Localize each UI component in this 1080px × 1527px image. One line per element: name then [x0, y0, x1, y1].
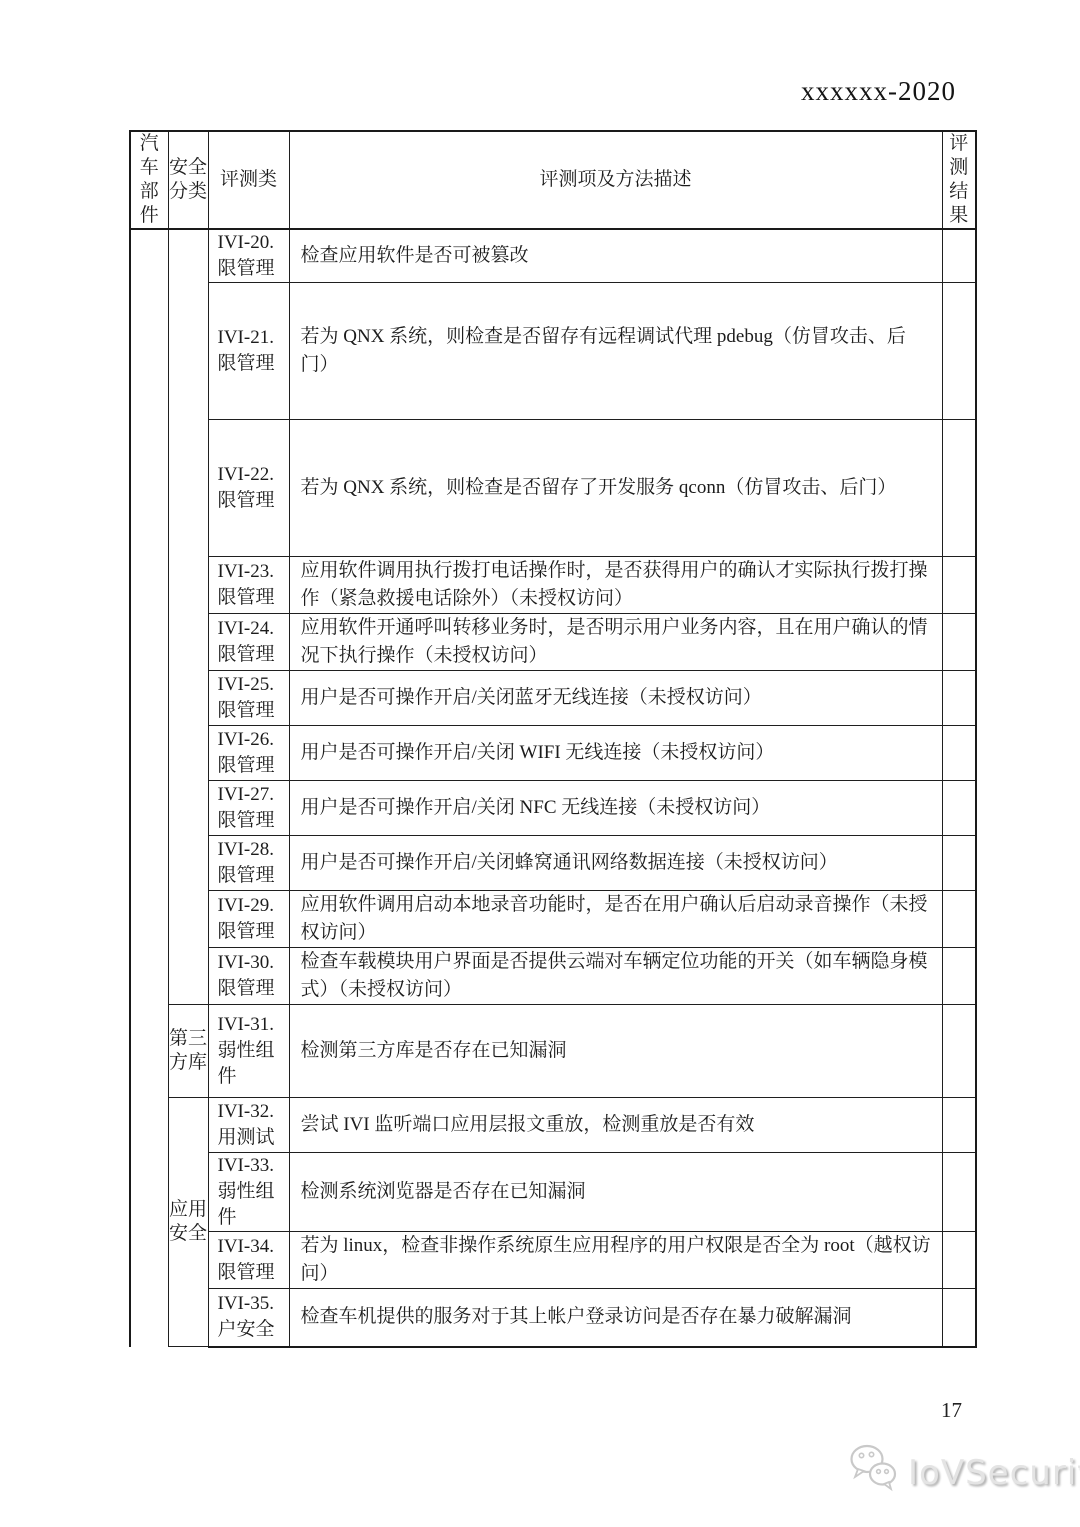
eval-desc-cell: 应用软件开通呼叫转移业务时，是否明示用户业务内容，且在用户确认的情况下执行操作（… [289, 614, 942, 671]
eval-id: IVI-32. [218, 1099, 284, 1125]
eval-desc-cell: 检查车载模块用户界面是否提供云端对车辆定位功能的开关（如车辆隐身模式）（未授权访… [289, 948, 942, 1005]
header-category: 安全分类 [168, 131, 208, 229]
eval-class-cell: IVI-28. 限管理 [208, 836, 289, 891]
table-row: IVI-22. 限管理 若为 QNX 系统，则检查是否留存了开发服务 qconn… [130, 420, 976, 557]
eval-cat: 限管理 [218, 863, 284, 889]
table-row: IVI-34. 限管理 若为 linux，检查非操作系统原生应用程序的用户权限是… [130, 1232, 976, 1289]
eval-id: IVI-20. [218, 230, 284, 256]
table-row: IVI-29. 限管理 应用软件调用启动本地录音功能时，是否在用户确认后启动录音… [130, 891, 976, 948]
eval-class-cell: IVI-33. 弱性组件 [208, 1153, 289, 1232]
result-cell [942, 229, 976, 283]
eval-desc-cell: 若为 linux，检查非操作系统原生应用程序的用户权限是否全为 root（越权访… [289, 1232, 942, 1289]
eval-desc-cell: 应用软件调用执行拨打电话操作时，是否获得用户的确认才实际执行拨打操作（紧急救援电… [289, 557, 942, 614]
result-cell [942, 1005, 976, 1098]
table-row: IVI-28. 限管理 用户是否可操作开启/关闭蜂窝通讯网络数据连接（未授权访问… [130, 836, 976, 891]
eval-id: IVI-34. [218, 1234, 284, 1260]
result-cell [942, 726, 976, 781]
eval-id: IVI-27. [218, 782, 284, 808]
result-cell [942, 614, 976, 671]
eval-desc-cell: 检查应用软件是否可被篡改 [289, 229, 942, 283]
eval-cat: 限管理 [218, 585, 284, 611]
eval-desc-cell: 用户是否可操作开启/关闭蜂窝通讯网络数据连接（未授权访问） [289, 836, 942, 891]
eval-desc-cell: 用户是否可操作开启/关闭蓝牙无线连接（未授权访问） [289, 671, 942, 726]
eval-desc-cell: 检测系统浏览器是否存在已知漏洞 [289, 1153, 942, 1232]
header-result: 评测结果 [942, 131, 976, 229]
eval-desc-cell: 尝试 IVI 监听端口应用层报文重放，检测重放是否有效 [289, 1098, 942, 1153]
eval-cat: 限管理 [218, 351, 284, 377]
eval-cat: 限管理 [218, 256, 284, 282]
eval-class-cell: IVI-30. 限管理 [208, 948, 289, 1005]
table-row: IVI-27. 限管理 用户是否可操作开启/关闭 NFC 无线连接（未授权访问） [130, 781, 976, 836]
eval-cat: 用测试 [218, 1125, 284, 1151]
eval-id: IVI-25. [218, 672, 284, 698]
table-row: 应用安全 IVI-32. 用测试 尝试 IVI 监听端口应用层报文重放，检测重放… [130, 1098, 976, 1153]
watermark-text: IoVSecurity [908, 1453, 1080, 1493]
doc-number: xxxxxx-2020 [801, 76, 956, 107]
result-cell [942, 891, 976, 948]
eval-desc-cell: 检查车机提供的服务对于其上帐户登录访问是否存在暴力破解漏洞 [289, 1289, 942, 1347]
eval-class-cell: IVI-32. 用测试 [208, 1098, 289, 1153]
eval-class-cell: IVI-29. 限管理 [208, 891, 289, 948]
eval-class-cell: IVI-25. 限管理 [208, 671, 289, 726]
eval-id: IVI-35. [218, 1291, 284, 1317]
table-row: IVI-33. 弱性组件 检测系统浏览器是否存在已知漏洞 [130, 1153, 976, 1232]
eval-cat: 户安全 [218, 1317, 284, 1343]
eval-id: IVI-21. [218, 325, 284, 351]
result-cell [942, 557, 976, 614]
eval-desc-cell: 用户是否可操作开启/关闭 NFC 无线连接（未授权访问） [289, 781, 942, 836]
category-cell-third-party-lib: 第三方库 [168, 1005, 208, 1098]
eval-class-cell: IVI-26. 限管理 [208, 726, 289, 781]
eval-cat: 限管理 [218, 919, 284, 945]
eval-class-cell: IVI-24. 限管理 [208, 614, 289, 671]
evaluation-table: 汽车部件 安全分类 评测类 评测项及方法描述 评测结果 IVI-20. 限管理 … [129, 130, 977, 1348]
eval-class-cell: IVI-31. 弱性组件 [208, 1005, 289, 1098]
eval-id: IVI-26. [218, 727, 284, 753]
eval-class-cell: IVI-27. 限管理 [208, 781, 289, 836]
table-row: IVI-20. 限管理 检查应用软件是否可被篡改 [130, 229, 976, 283]
eval-id: IVI-31. [218, 1012, 284, 1038]
table-row: 第三方库 IVI-31. 弱性组件 检测第三方库是否存在已知漏洞 [130, 1005, 976, 1098]
eval-class-cell: IVI-35. 户安全 [208, 1289, 289, 1347]
eval-id: IVI-33. [218, 1153, 284, 1179]
eval-cat: 限管理 [218, 808, 284, 834]
result-cell [942, 1289, 976, 1347]
result-cell [942, 1232, 976, 1289]
eval-cat: 限管理 [218, 488, 284, 514]
table-row: IVI-35. 户安全 检查车机提供的服务对于其上帐户登录访问是否存在暴力破解漏… [130, 1289, 976, 1347]
eval-id: IVI-30. [218, 950, 284, 976]
watermark: IoVSecurity [846, 1442, 1080, 1503]
eval-class-cell: IVI-21. 限管理 [208, 283, 289, 420]
eval-id: IVI-23. [218, 559, 284, 585]
result-cell [942, 1153, 976, 1232]
eval-class-cell: IVI-23. 限管理 [208, 557, 289, 614]
eval-id: IVI-29. [218, 893, 284, 919]
eval-desc-cell: 若为 QNX 系统，则检查是否留存了开发服务 qconn（仿冒攻击、后门） [289, 420, 942, 557]
table-header-row: 汽车部件 安全分类 评测类 评测项及方法描述 评测结果 [130, 131, 976, 229]
result-cell [942, 420, 976, 557]
result-cell [942, 671, 976, 726]
eval-desc-cell: 检测第三方库是否存在已知漏洞 [289, 1005, 942, 1098]
eval-desc-cell: 若为 QNX 系统，则检查是否留存有远程调试代理 pdebug（仿冒攻击、后门） [289, 283, 942, 420]
eval-cat: 限管理 [218, 698, 284, 724]
category-cell-continued [168, 229, 208, 1005]
table-row: IVI-24. 限管理 应用软件开通呼叫转移业务时，是否明示用户业务内容，且在用… [130, 614, 976, 671]
page-number: 17 [941, 1398, 962, 1423]
result-cell [942, 836, 976, 891]
result-cell [942, 948, 976, 1005]
eval-class-cell: IVI-34. 限管理 [208, 1232, 289, 1289]
header-description: 评测项及方法描述 [289, 131, 942, 229]
result-cell [942, 283, 976, 420]
table-row: IVI-21. 限管理 若为 QNX 系统，则检查是否留存有远程调试代理 pde… [130, 283, 976, 420]
table-row: IVI-23. 限管理 应用软件调用执行拨打电话操作时，是否获得用户的确认才实际… [130, 557, 976, 614]
eval-cat: 限管理 [218, 642, 284, 668]
eval-id: IVI-28. [218, 837, 284, 863]
eval-desc-cell: 用户是否可操作开启/关闭 WIFI 无线连接（未授权访问） [289, 726, 942, 781]
eval-cat: 弱性组件 [218, 1179, 284, 1231]
eval-class-cell: IVI-22. 限管理 [208, 420, 289, 557]
eval-cat: 限管理 [218, 753, 284, 779]
header-component: 汽车部件 [130, 131, 168, 229]
eval-desc-cell: 应用软件调用启动本地录音功能时，是否在用户确认后启动录音操作（未授权访问） [289, 891, 942, 948]
table-row: IVI-25. 限管理 用户是否可操作开启/关闭蓝牙无线连接（未授权访问） [130, 671, 976, 726]
component-cell-continued [130, 229, 168, 1347]
table-row: IVI-30. 限管理 检查车载模块用户界面是否提供云端对车辆定位功能的开关（如… [130, 948, 976, 1005]
result-cell [942, 781, 976, 836]
eval-id: IVI-24. [218, 616, 284, 642]
eval-id: IVI-22. [218, 462, 284, 488]
result-cell [942, 1098, 976, 1153]
eval-cat: 弱性组件 [218, 1038, 284, 1090]
wechat-icon [846, 1442, 902, 1503]
header-eval-class: 评测类 [208, 131, 289, 229]
eval-cat: 限管理 [218, 976, 284, 1002]
eval-cat: 限管理 [218, 1260, 284, 1286]
table-row: IVI-26. 限管理 用户是否可操作开启/关闭 WIFI 无线连接（未授权访问… [130, 726, 976, 781]
document-page: xxxxxx-2020 汽车部件 安全分类 评测类 评测项及方法描述 评测结果 … [0, 0, 1080, 1527]
category-cell-app-security: 应用安全 [168, 1098, 208, 1347]
eval-class-cell: IVI-20. 限管理 [208, 229, 289, 283]
